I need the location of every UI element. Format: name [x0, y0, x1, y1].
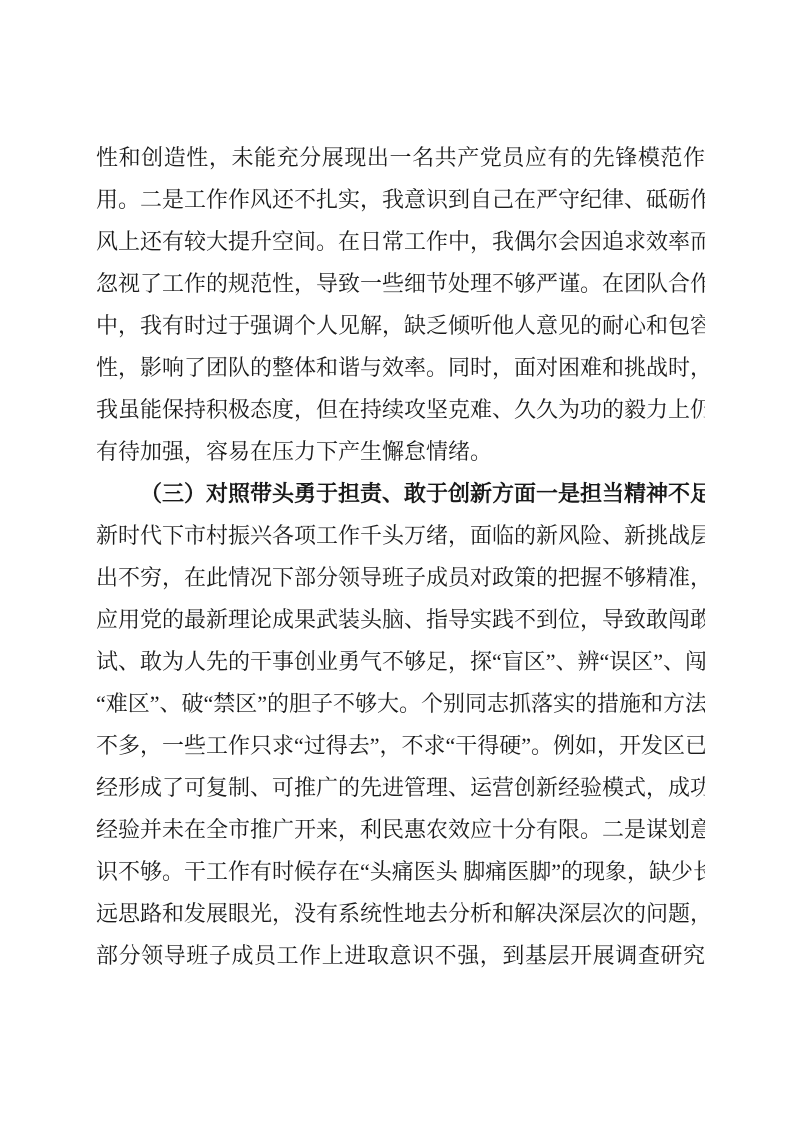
text-line: 性，影响了团队的整体和谐与效率。同时，面对困难和挑战时， — [96, 347, 705, 389]
text-line: “难区”、破“禁区”的胆子不够大。个别同志抓落实的措施和方法 — [96, 683, 705, 725]
text-line: 风上还有较大提升空间。在日常工作中，我偶尔会因追求效率而 — [96, 221, 705, 263]
section-heading-line: （三）对照带头勇于担责、敢于创新方面一是担当精神不足。 — [96, 473, 705, 515]
text-line: 忽视了工作的规范性，导致一些细节处理不够严谨。在团队合作 — [96, 263, 705, 305]
text-line: 新时代下市村振兴各项工作千头万绪，面临的新风险、新挑战层 — [96, 515, 705, 557]
document-text-block: 性和创造性，未能充分展现出一名共产党员应有的先锋模范作用。二是工作作风还不扎实，… — [96, 137, 705, 977]
text-line: 我虽能保持积极态度，但在持续攻坚克难、久久为功的毅力上仍 — [96, 389, 705, 431]
text-line: 性和创造性，未能充分展现出一名共产党员应有的先锋模范作 — [96, 137, 705, 179]
document-page: 性和创造性，未能充分展现出一名共产党员应有的先锋模范作用。二是工作作风还不扎实，… — [0, 0, 793, 1122]
text-line: 经验并未在全市推广开来，利民惠农效应十分有限。二是谋划意 — [96, 809, 705, 851]
text-line: 识不够。干工作有时候存在“头痛医头 脚痛医脚”的现象，缺少长 — [96, 851, 705, 893]
text-line: 不多，一些工作只求“过得去”，不求“干得硬”。例如，开发区已 — [96, 725, 705, 767]
text-line: 出不穷，在此情况下部分领导班子成员对政策的把握不够精准， — [96, 557, 705, 599]
text-line: 用。二是工作作风还不扎实，我意识到自己在严守纪律、砥砺作 — [96, 179, 705, 221]
text-line: 经形成了可复制、可推广的先进管理、运营创新经验模式，成功 — [96, 767, 705, 809]
text-line: 中，我有时过于强调个人见解，缺乏倾听他人意见的耐心和包容 — [96, 305, 705, 347]
text-line: 远思路和发展眼光，没有系统性地去分析和解决深层次的问题， — [96, 893, 705, 935]
text-line: 试、敢为人先的干事创业勇气不够足，探“盲区”、辨“误区”、闯 — [96, 641, 705, 683]
text-line: 部分领导班子成员工作上进取意识不强，到基层开展调查研究 — [96, 935, 705, 977]
text-line: 有待加强，容易在压力下产生懈怠情绪。 — [96, 431, 705, 473]
text-line: 应用党的最新理论成果武装头脑、指导实践不到位，导致敢闯敢 — [96, 599, 705, 641]
